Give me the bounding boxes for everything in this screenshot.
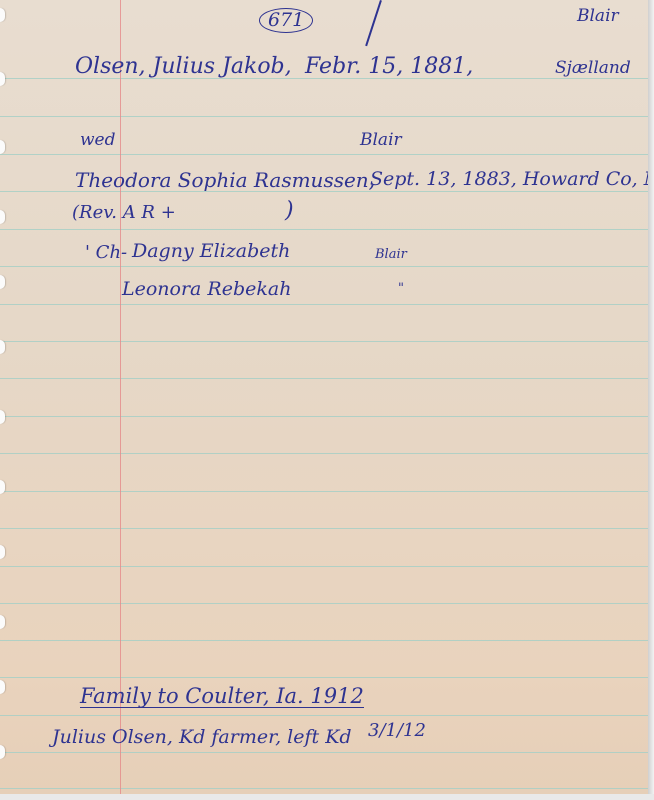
notes-line-2: Julius Olsen, Kd farmer, left Kd [52,728,352,747]
ruled-line [0,491,648,492]
subject-birth-place: Sjælland [555,60,631,77]
spouse-name: Theodora Sophia Rasmussen, [75,170,375,190]
ruled-line [0,566,648,567]
child-place: Blair [375,248,407,261]
page-edge-right [648,0,654,800]
binding-hole [0,72,5,86]
binding-hole [0,410,5,424]
ruled-line [0,677,648,678]
notes-line-1: Family to Coulter, Ia. 1912 [80,686,364,708]
child-place: " [398,282,404,295]
ruled-line [0,715,648,716]
notebook-page: 671 Blair Olsen, Julius Jakob, Febr. 15,… [0,0,648,794]
ruled-line [0,341,648,342]
marriage-label: wed [80,132,116,149]
ruled-line [0,116,648,117]
ruled-line [0,378,648,379]
ruled-line [0,603,648,604]
ruled-line [0,640,648,641]
subject-name: Olsen, Julius Jakob, [75,56,292,78]
binding-hole [0,545,5,559]
ruled-line [0,416,648,417]
checkmark-icon [365,0,382,46]
binding-hole [0,745,5,759]
subject-birth-date: Febr. 15, 1881, [305,56,473,78]
page-edge-bottom [0,794,654,800]
ruled-line [0,229,648,230]
child-name: Leonora Rebekah [122,280,291,299]
child-name: Dagny Elizabeth [132,242,290,261]
ruled-line [0,154,648,155]
binding-hole [0,615,5,629]
binding-hole [0,340,5,354]
ruled-line [0,752,648,753]
children-label: ' Ch- [85,244,127,262]
binding-hole [0,275,5,289]
binding-hole [0,680,5,694]
spouse-residence: Blair [360,132,402,149]
binding-hole [0,140,5,154]
binding-hole [0,210,5,224]
ruled-line [0,453,648,454]
ruled-line [0,528,648,529]
record-number: 671 [259,8,313,33]
ruled-line [0,304,648,305]
ruled-line [0,266,648,267]
binding-hole [0,8,5,22]
top-right-place: Blair [577,8,619,25]
ruled-line [0,788,648,789]
spouse-birth: Sept. 13, 1883, Howard Co, Nebr [370,170,648,189]
officiant-open: (Rev. A R + [72,204,176,222]
margin-line [120,0,121,794]
notes-line-2-date: 3/1/12 [368,722,426,740]
officiant-close: ) [285,200,294,222]
